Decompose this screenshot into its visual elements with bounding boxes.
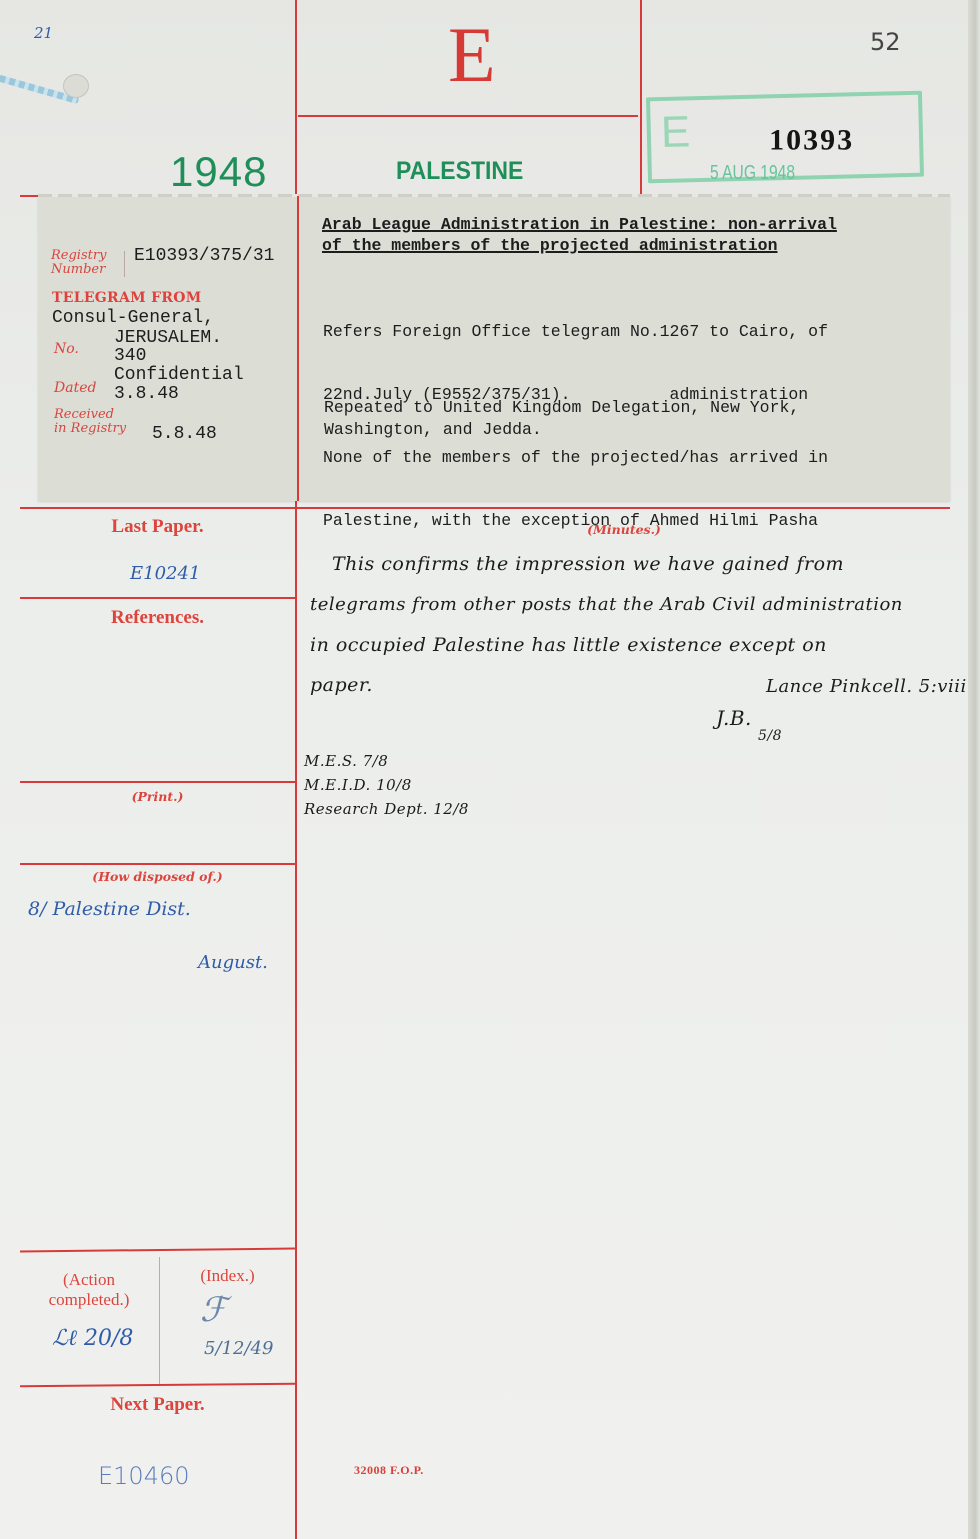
form-code: 32008 F.O.P.: [354, 1463, 424, 1478]
last-paper-value: E10241: [130, 563, 200, 584]
registry-number-value: E10393/375/31: [134, 246, 274, 266]
repeated-to: Repeated to United Kingdom Delegation, N…: [324, 397, 934, 441]
rule-slip-divider: [297, 196, 299, 501]
received-value: 5.8.48: [152, 424, 217, 444]
print-label: (Print.): [20, 789, 295, 804]
received-label: Received in Registry: [54, 408, 126, 436]
registry-brace: [124, 251, 125, 277]
rule-print: [20, 863, 295, 865]
how-disposed-label: (How disposed of.): [20, 869, 295, 884]
file-cover-sheet: 21 52 E 1948 PALESTINE E 10393 5 AUG 194…: [0, 0, 968, 1539]
telegram-subject: Arab League Administration in Palestine:…: [322, 214, 942, 256]
index-initials: ℱ: [200, 1290, 227, 1330]
action-completed-initials: ℒℓ: [52, 1326, 84, 1351]
classification: Confidential: [114, 365, 244, 385]
how-disposed-month: August.: [198, 952, 268, 973]
dated-value: 3.8.48: [114, 384, 179, 404]
rule-vertical-right-header: [640, 0, 642, 196]
next-paper-label: Next Paper.: [20, 1394, 295, 1416]
rule-body-top: [20, 507, 950, 509]
routing-line-3: Research Dept. 12/8: [304, 800, 469, 818]
minute-line-1: This confirms the impression we have gai…: [332, 553, 844, 575]
telegram-from-line2: JERUSALEM.: [114, 328, 222, 348]
slip-torn-edge: [38, 194, 950, 197]
last-paper-label: Last Paper.: [20, 516, 295, 538]
minute-line-2: telegrams from other posts that the Arab…: [310, 594, 903, 615]
folio-number-right: 52: [870, 28, 901, 56]
registry-number-label: Registry Number: [51, 249, 106, 277]
punch-hole: [63, 74, 89, 98]
telegram-from-line1: Consul-General,: [52, 308, 214, 328]
file-country: PALESTINE: [396, 157, 523, 186]
rule-last-paper: [20, 597, 295, 599]
rule-header-mid: [298, 115, 638, 117]
binder-edge: [968, 0, 980, 1539]
number-label: No.: [54, 342, 79, 356]
rule-references: [20, 781, 295, 783]
next-paper-value: E10460: [98, 1462, 190, 1490]
telegram-number: 340: [114, 346, 146, 366]
rule-action-bottom: [20, 1383, 295, 1387]
how-disposed-value: 8/ Palestine Dist.: [28, 898, 191, 920]
folio-number-left: 21: [34, 24, 53, 42]
stamp-letter: E: [660, 110, 690, 155]
index-value: 5/12/49: [204, 1338, 273, 1359]
action-completed-label: (Action completed.): [20, 1270, 158, 1310]
minute-line-3: in occupied Palestine has little existen…: [310, 634, 827, 656]
minute-initials-date: 5/8: [758, 728, 782, 744]
minute-initials: J.B.: [716, 706, 752, 730]
index-label: (Index.): [160, 1266, 295, 1286]
telegram-from-label: TELEGRAM FROM: [52, 290, 202, 306]
references-label: References.: [20, 607, 295, 629]
department-letter: E: [448, 16, 496, 94]
rule-disposed: [20, 1248, 295, 1253]
minute-signature: Lance Pinkcell. 5:viii: [766, 676, 967, 697]
action-completed-value: ℒℓ 20/8: [52, 1325, 133, 1351]
stamp-number: 10393: [769, 123, 854, 157]
stamp-date: 5 AUG 1948: [710, 162, 795, 185]
routing-line-1: M.E.S. 7/8: [304, 752, 388, 770]
dated-label: Dated: [54, 381, 96, 395]
minute-line-4: paper.: [310, 674, 373, 696]
file-year: 1948: [170, 148, 267, 196]
minutes-label: (Minutes.): [298, 522, 950, 537]
routing-line-2: M.E.I.D. 10/8: [304, 776, 412, 794]
